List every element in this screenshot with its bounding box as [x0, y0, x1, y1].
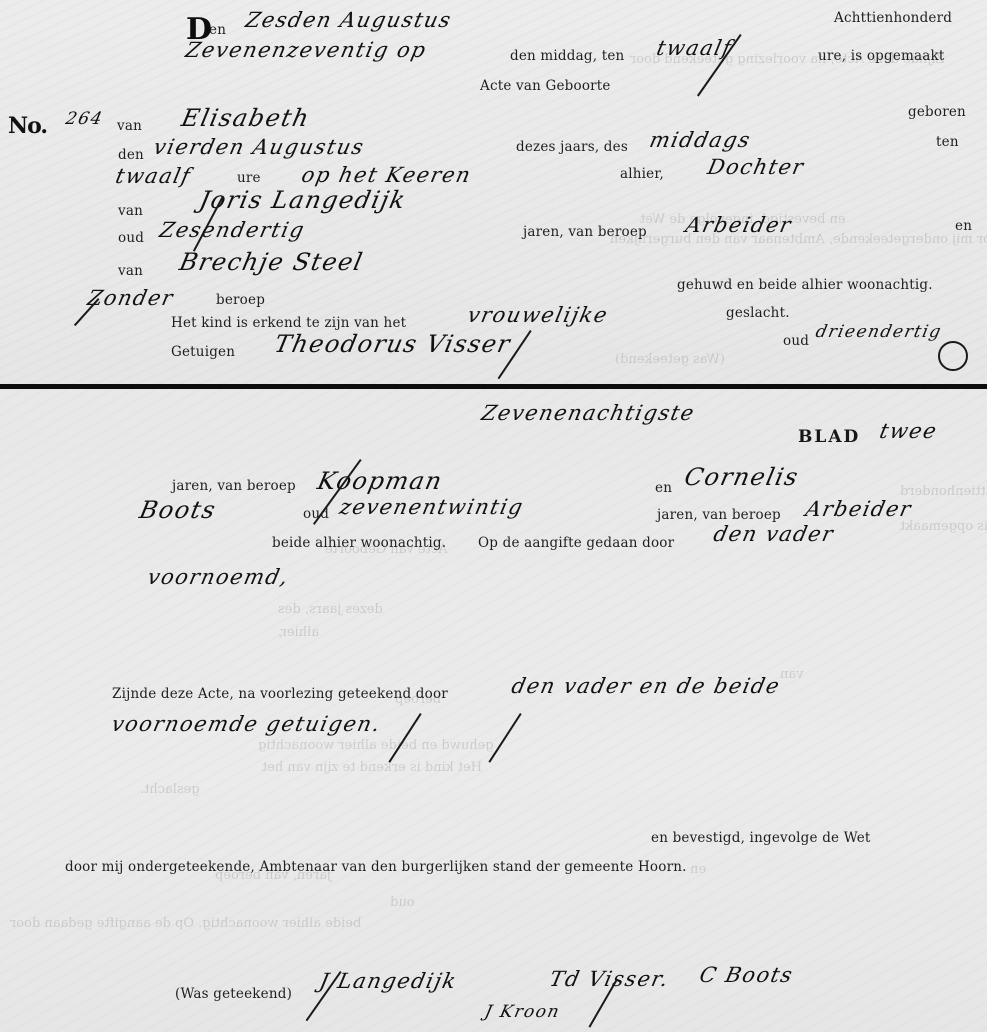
bleed-through-text: oud [390, 895, 415, 910]
beroep-label: beroep [216, 292, 265, 308]
handwritten-sex: vrouwelijke [465, 303, 610, 327]
handwritten-witness-1-age-cont: Zevenenachtigste [479, 401, 697, 425]
den-label: den [118, 147, 144, 163]
ten-label: ten [936, 134, 959, 150]
bleed-through-text: beide alhier woonachtig. Op de aangifte … [10, 916, 361, 931]
aangifte-label: Op de aangifte gedaan door [478, 535, 674, 551]
lower-record-page: Achttienhonderd ure, is opgemaakt Acte v… [0, 389, 987, 1032]
bleed-through-text: Het kind is erkend te zijn van het [262, 760, 482, 775]
handwritten-declarant-cont: voornoemd, [145, 565, 291, 589]
bleed-through-text: en [690, 862, 706, 877]
handwritten-witness-1-occupation: Koopman [315, 467, 446, 495]
den-label: en [209, 22, 226, 38]
van-label: van [118, 203, 143, 219]
bleed-through-text: (Was geteekend) [615, 352, 725, 367]
handwritten-father-name: Joris Langedijk [197, 186, 409, 214]
getuigen-label: Getuigen [171, 344, 235, 360]
record-number-label: No. [8, 113, 47, 139]
handwritten-day: Zesden Augustus [243, 8, 454, 32]
en-label: en [955, 218, 972, 234]
signing-prefix: Zijnde deze Acte, na voorlezing geteeken… [112, 686, 448, 702]
geboren-label: geboren [908, 104, 966, 120]
year-prefix: Achttienhonderd [834, 10, 952, 26]
handwritten-birth-place: op het Keeren [299, 163, 473, 187]
handwritten-witness-2-age: zevenentwintig [337, 495, 526, 519]
en-label: en [655, 480, 672, 496]
handwritten-birth-date: vierden Augustus [151, 135, 366, 159]
signature-kroon: J Kroon [483, 1002, 562, 1022]
upper-record-page: Zijnde deze Acte, na voorlezing geteeken… [0, 0, 987, 384]
ure-opgemaakt-label: ure, is opgemaakt [818, 48, 945, 64]
handwritten-relation: Dochter [705, 155, 806, 179]
oud-label: oud [303, 506, 329, 522]
handwritten-blad-number: twee [877, 419, 939, 443]
dezes-jaars-label: dezes jaars, des [516, 139, 628, 155]
bleed-through-text: van [780, 667, 803, 682]
handwritten-witness-2-occupation: Arbeider [803, 497, 914, 521]
bleed-through-text: geslacht. [140, 782, 200, 797]
blad-label: BLAD [798, 427, 860, 447]
handwritten-declarant: den vader [711, 522, 836, 546]
bleed-through-text: door mij ondergeteekende, Ambtenaar van … [610, 232, 987, 247]
middag-label: den middag, ten [510, 48, 624, 64]
handwritten-birth-hour: twaalf [113, 164, 193, 188]
jaren-beroep-label: jaren, van beroep [172, 478, 296, 494]
bleed-through-text: alhier, [278, 625, 319, 640]
ure-label: ure [237, 170, 261, 186]
geslacht-label: geslacht. [726, 305, 790, 321]
handwritten-year: Zevenenzeventig op [183, 38, 429, 62]
record-number-value: 264 [64, 109, 105, 129]
bleed-through-text: dezes jaars, des [278, 602, 383, 617]
jaren-beroep-label: jaren, van beroep [523, 224, 647, 240]
married-residence-label: gehuwd en beide alhier woonachtig. [677, 277, 933, 293]
handwritten-witness-2-first-name: Cornelis [682, 463, 802, 491]
pen-flourish [938, 341, 968, 371]
handwritten-witness-1-name: Theodorus Visser [272, 330, 514, 358]
van-label: van [117, 118, 142, 134]
bleed-through-text: ure, is opgemaakt [900, 519, 987, 534]
signature-visser: Td Visser. [547, 967, 671, 991]
handwritten-time-of-day: middags [647, 128, 753, 152]
handwritten-child-name: Elisabeth [179, 104, 313, 132]
handwritten-father-occupation: Arbeider [683, 213, 794, 237]
was-geteekend-label: (Was geteekend) [175, 986, 292, 1002]
acte-title: Acte van Geboorte [480, 78, 611, 94]
confirmation-line-1: en bevestigd, ingevolge de Wet [651, 830, 871, 846]
handwritten-signers-cont: voornoemde getuigen. [109, 712, 383, 736]
handwritten-hour: twaalf [654, 36, 734, 60]
handwritten-father-age: Zesendertig [157, 218, 307, 242]
handwritten-mother-name: Brechje Steel [177, 248, 366, 276]
handwritten-signers: den vader en de beide [509, 674, 782, 698]
residence-label: beide alhier woonachtig. [272, 535, 446, 551]
oud-label: oud [118, 230, 144, 246]
handwritten-witness-2-surname: Boots [137, 496, 219, 524]
sex-line-prefix: Het kind is erkend te zijn van het [171, 315, 406, 331]
alhier-label: alhier, [620, 166, 664, 182]
signature-boots: C Boots [697, 963, 795, 987]
van-label: van [118, 263, 143, 279]
bleed-through-text: gehuwd en beide alhier woonachtig [258, 738, 494, 753]
confirmation-line-2: door mij ondergeteekende, Ambtenaar van … [65, 859, 687, 875]
oud-label: oud [783, 333, 809, 349]
jaren-beroep-label: jaren, van beroep [657, 507, 781, 523]
handwritten-witness-1-age: drieendertig [814, 322, 944, 342]
